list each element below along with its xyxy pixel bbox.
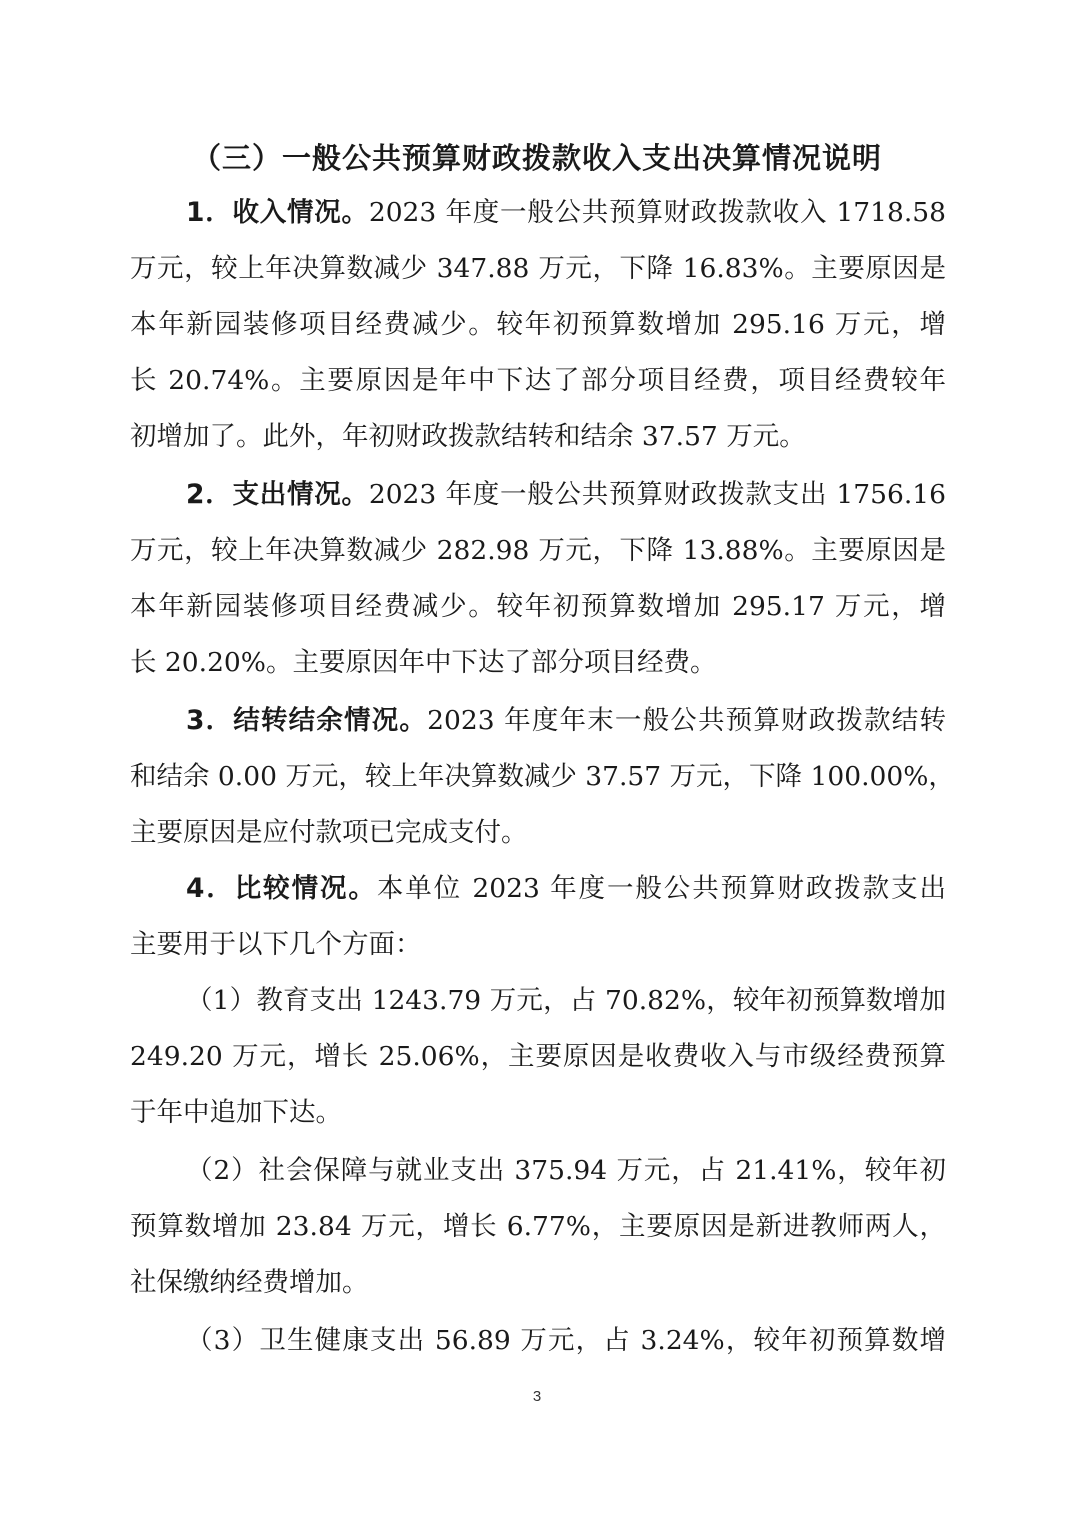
carryover-paragraph-line-2: 和结余 0.00 万元，较上年决算数减少 37.57 万元，下降 100.00%… [130, 754, 946, 800]
income-paragraph-line-4: 长 20.74%。主要原因是年中下达了部分项目经费，项目经费较年 [130, 358, 946, 404]
text-span: 2023 年度一般公共预算财政拨款收入 1718.58 [369, 197, 946, 228]
expenditure-lead: 2．支出情况。 [186, 479, 369, 510]
expenditure-paragraph-line-4: 长 20.20%。主要原因年中下达了部分项目经费。 [130, 640, 946, 686]
income-paragraph-line-2: 万元，较上年决算数减少 347.88 万元，下降 16.83%。主要原因是 [130, 246, 946, 292]
expenditure-paragraph-line-2: 万元，较上年决算数减少 282.98 万元，下降 13.88%。主要原因是 [130, 528, 946, 574]
carryover-paragraph-line-1: 3．结转结余情况。2023 年度年末一般公共预算财政拨款结转 [186, 698, 946, 744]
health-item-line-1: （3）卫生健康支出 56.89 万元，占 3.24%，较年初预算数增 [186, 1318, 946, 1364]
education-item-line-1: （1）教育支出 1243.79 万元，占 70.82%，较年初预算数增加 [186, 978, 946, 1024]
comparison-paragraph-line-2: 主要用于以下几个方面： [130, 922, 946, 968]
carryover-paragraph-line-3: 主要原因是应付款项已完成支付。 [130, 810, 946, 856]
expenditure-paragraph-line-1: 2．支出情况。2023 年度一般公共预算财政拨款支出 1756.16 [186, 472, 946, 518]
expenditure-paragraph-line-3: 本年新园装修项目经费减少。较年初预算数增加 295.17 万元，增 [130, 584, 946, 630]
section-heading: （三）一般公共预算财政拨款收入支出决算情况说明 [0, 136, 1074, 180]
text-span: 2023 年度一般公共预算财政拨款支出 1756.16 [369, 479, 946, 510]
page-number: 3 [0, 1388, 1074, 1405]
comparison-paragraph-line-1: 4．比较情况。本单位 2023 年度一般公共预算财政拨款支出 [186, 866, 946, 912]
education-item-line-3: 于年中追加下达。 [130, 1090, 946, 1136]
social-security-item-line-2: 预算数增加 23.84 万元，增长 6.77%，主要原因是新进教师两人， [130, 1204, 946, 1250]
comparison-lead: 4．比较情况。 [186, 873, 377, 904]
social-security-item-line-1: （2）社会保障与就业支出 375.94 万元，占 21.41%，较年初 [186, 1148, 946, 1194]
income-paragraph-line-1: 1．收入情况。2023 年度一般公共预算财政拨款收入 1718.58 [186, 190, 946, 236]
income-paragraph-line-5: 初增加了。此外，年初财政拨款结转和结余 37.57 万元。 [130, 414, 946, 460]
document-page: （三）一般公共预算财政拨款收入支出决算情况说明 1．收入情况。2023 年度一般… [0, 0, 1074, 1520]
text-span: 本单位 2023 年度一般公共预算财政拨款支出 [377, 873, 946, 904]
carryover-lead: 3．结转结余情况。 [186, 705, 427, 736]
income-paragraph-line-3: 本年新园装修项目经费减少。较年初预算数增加 295.16 万元，增 [130, 302, 946, 348]
social-security-item-line-3: 社保缴纳经费增加。 [130, 1260, 946, 1306]
education-item-line-2: 249.20 万元，增长 25.06%，主要原因是收费收入与市级经费预算 [130, 1034, 946, 1080]
income-lead: 1．收入情况。 [186, 197, 369, 228]
text-span: 2023 年度年末一般公共预算财政拨款结转 [427, 705, 946, 736]
